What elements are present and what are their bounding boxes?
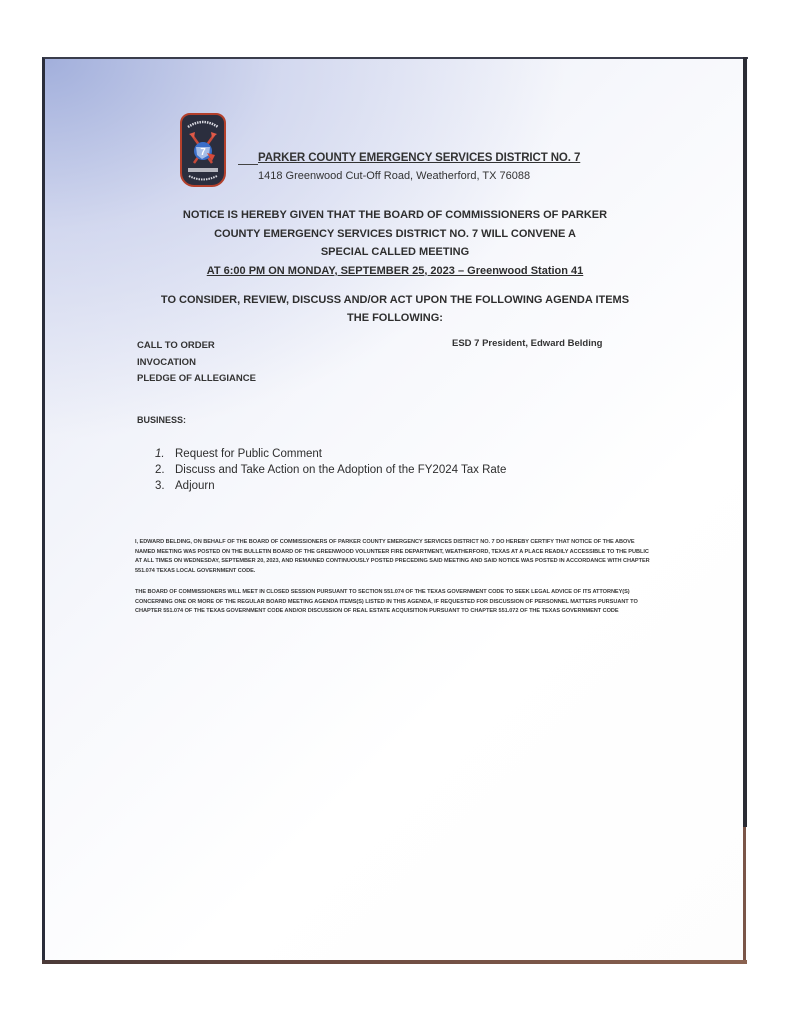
business-item-text: Adjourn	[175, 478, 215, 494]
presider: ESD 7 President, Edward Belding	[452, 338, 602, 349]
business-item: 2. Discuss and Take Action on the Adopti…	[155, 462, 506, 478]
district-title: PARKER COUNTY EMERGENCY SERVICES DISTRIC…	[258, 152, 580, 164]
posting-certification: I, EDWARD BELDING, ON BEHALF OF THE BOAR…	[135, 538, 655, 576]
closed-session-notice: THE BOARD OF COMMISSIONERS WILL MEET IN …	[135, 588, 655, 617]
business-item-text: Discuss and Take Action on the Adoption …	[175, 462, 506, 478]
business-item-number: 2.	[155, 462, 175, 478]
business-list: 1. Request for Public Comment 2. Discuss…	[155, 446, 506, 494]
notice-line-2: COUNTY EMERGENCY SERVICES DISTRICT NO. 7…	[150, 225, 640, 244]
business-label: BUSINESS:	[137, 415, 186, 425]
notice-line-1: NOTICE IS HEREBY GIVEN THAT THE BOARD OF…	[150, 206, 640, 225]
meeting-notice: NOTICE IS HEREBY GIVEN THAT THE BOARD OF…	[150, 206, 640, 280]
business-item-number: 1.	[155, 446, 175, 462]
header-rule	[238, 164, 258, 165]
business-item: 3. Adjourn	[155, 478, 506, 494]
business-item-number: 3.	[155, 478, 175, 494]
business-item-text: Request for Public Comment	[175, 446, 322, 462]
business-item: 1. Request for Public Comment	[155, 446, 506, 462]
agenda-intro: TO CONSIDER, REVIEW, DISCUSS AND/OR ACT …	[150, 291, 640, 327]
notice-line-3: SPECIAL CALLED MEETING	[150, 243, 640, 262]
opening-item-invocation: INVOCATION	[137, 355, 256, 372]
document: 7 PARKER COUNTY EMERGENCY SERVICES DISTR…	[0, 0, 791, 1024]
district-address: 1418 Greenwood Cut-Off Road, Weatherford…	[258, 170, 530, 182]
opening-items: CALL TO ORDER INVOCATION PLEDGE OF ALLEG…	[137, 338, 256, 388]
agenda-intro-line-1: TO CONSIDER, REVIEW, DISCUSS AND/OR ACT …	[150, 291, 640, 309]
opening-item-call-to-order: CALL TO ORDER	[137, 338, 256, 355]
agenda-intro-line-2: THE FOLLOWING:	[150, 309, 640, 327]
scanned-page: 7 PARKER COUNTY EMERGENCY SERVICES DISTR…	[0, 0, 791, 1024]
svg-text:7: 7	[200, 147, 206, 158]
fire-district-badge-icon: 7	[180, 113, 226, 187]
opening-item-pledge: PLEDGE OF ALLEGIANCE	[137, 371, 256, 388]
meeting-datetime: AT 6:00 PM ON MONDAY, SEPTEMBER 25, 2023…	[150, 262, 640, 281]
